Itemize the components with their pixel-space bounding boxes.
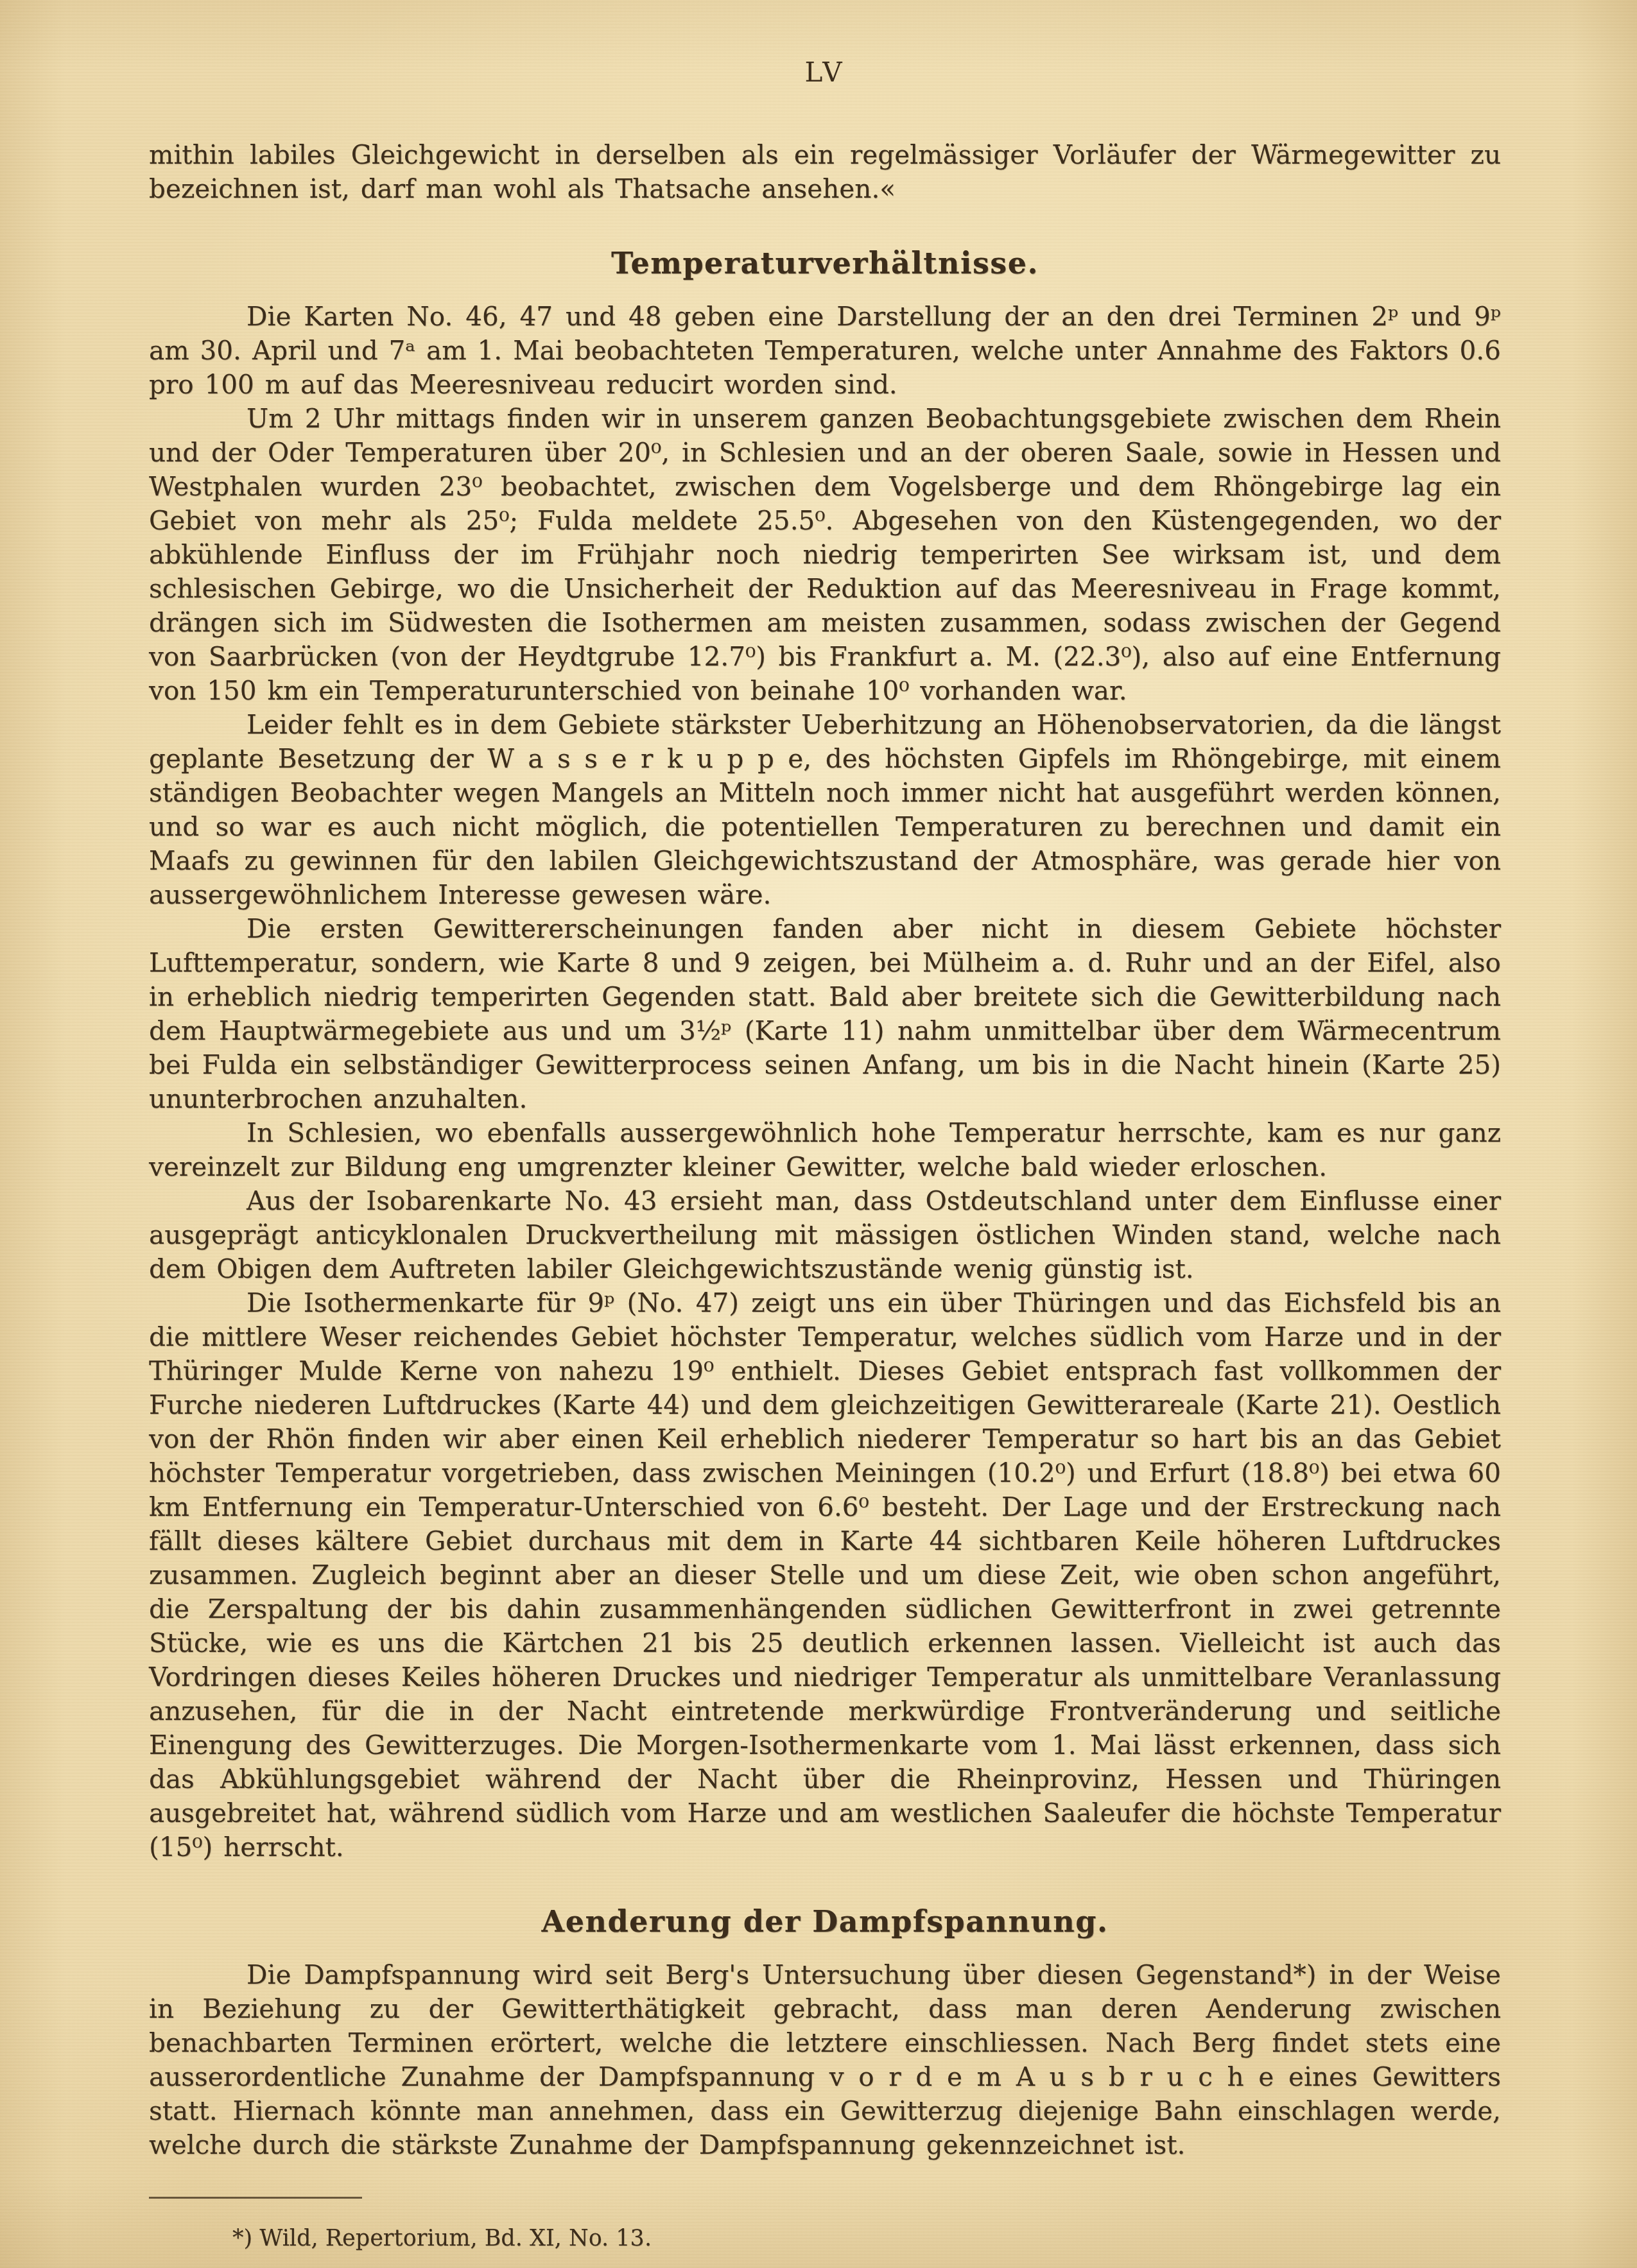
- paragraph: Leider fehlt es in dem Gebiete stärkster…: [149, 708, 1501, 912]
- paragraph: Um 2 Uhr mittags finden wir in unserem g…: [149, 402, 1501, 708]
- paragraph: Die Karten No. 46, 47 und 48 geben eine …: [149, 300, 1501, 402]
- paragraph: Die ersten Gewittererscheinungen fanden …: [149, 912, 1501, 1116]
- paragraph: Aus der Isobarenkarte No. 43 ersieht man…: [149, 1184, 1501, 1286]
- section-heading-dampfspannung: Aenderung der Dampfspannung.: [149, 1904, 1501, 1939]
- section-heading-temperaturverhaeltnisse: Temperaturverhältnisse.: [149, 246, 1501, 280]
- paragraph: Die Isothermenkarte für 9ᵖ (No. 47) zeig…: [149, 1286, 1501, 1864]
- scanned-document-page: LV mithin labiles Gleichgewicht in derse…: [0, 0, 1637, 2268]
- footnote: *) Wild, Repertorium, Bd. XI, No. 13.: [149, 2224, 1501, 2253]
- footnote-separator-rule: [149, 2197, 362, 2199]
- paragraph: In Schlesien, wo ebenfalls aussergewöhnl…: [149, 1116, 1501, 1184]
- intro-paragraph: mithin labiles Gleichgewicht in derselbe…: [149, 138, 1501, 206]
- paragraph: Die Dampfspannung wird seit Berg's Unter…: [149, 1958, 1501, 2162]
- page-number: LV: [149, 56, 1501, 88]
